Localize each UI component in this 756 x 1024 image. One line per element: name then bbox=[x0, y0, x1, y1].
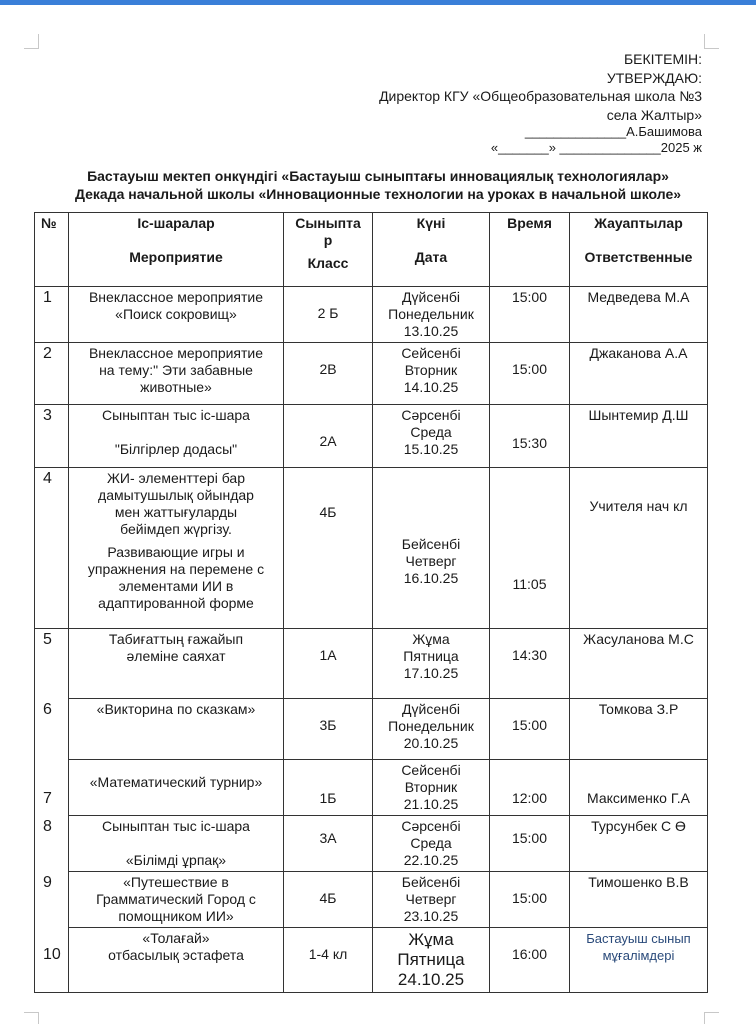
date-line: 17.10.25 bbox=[377, 665, 485, 682]
responsible-line: мұғалімдері bbox=[574, 947, 703, 964]
cell-date: ЖұмаПятница17.10.25 bbox=[373, 629, 490, 699]
cell-num: 8 bbox=[35, 816, 69, 872]
cell-responsible: Томкова З.Р bbox=[570, 699, 708, 760]
cell-time: 15:00 bbox=[490, 816, 570, 872]
cell-time: 15:00 bbox=[490, 343, 570, 405]
date-line: Среда bbox=[377, 424, 485, 441]
event-line: «Викторина по сказкам» bbox=[73, 701, 279, 718]
date-line: 20.10.25 bbox=[377, 735, 485, 752]
header-num: № bbox=[35, 213, 69, 287]
table-row: 10«Толағай»отбасылық эстафета1-4 клЖұмаП… bbox=[35, 928, 708, 993]
cell-date: ДүйсенбіПонедельник13.10.25 bbox=[373, 287, 490, 343]
date-line: Бейсенбі bbox=[377, 874, 485, 891]
top-accent-bar bbox=[0, 0, 756, 5]
cell-event: ЖИ- элементтері бардамытушылық ойындарме… bbox=[69, 468, 284, 629]
title-ru: Декада начальной школы «Инновационные те… bbox=[0, 185, 756, 203]
page-corner-mark bbox=[704, 1012, 719, 1024]
cell-class: 1-4 кл bbox=[284, 928, 373, 993]
event-line: отбасылық эстафета bbox=[73, 947, 279, 964]
date-line: 24.10.25 bbox=[377, 970, 485, 990]
cell-time: 11:05 bbox=[490, 468, 570, 629]
cell-class: 3А bbox=[284, 816, 373, 872]
cell-num: 5 bbox=[35, 629, 69, 699]
cell-num: 9 bbox=[35, 872, 69, 928]
event-line: помощником ИИ» bbox=[73, 908, 279, 925]
cell-class: 2 Б bbox=[284, 287, 373, 343]
cell-class: 4Б bbox=[284, 468, 373, 629]
title-kz: Бастауыш мектеп онкүндігі «Бастауыш сыны… bbox=[0, 167, 756, 185]
date-line: Сейсенбі bbox=[377, 345, 485, 362]
event-line: «Поиск сокровищ» bbox=[73, 306, 279, 323]
approval-date: «_______» ______________2025 ж bbox=[379, 140, 702, 156]
event-line: әлеміне саяхат bbox=[73, 648, 279, 665]
cell-num: 3 bbox=[35, 405, 69, 468]
date-line: 15.10.25 bbox=[377, 441, 485, 458]
cell-event: «Математический турнир» bbox=[69, 760, 284, 816]
event-line: "Білгірлер додасы" bbox=[73, 441, 279, 458]
page-corner-mark bbox=[704, 34, 719, 49]
table-row: 3Сыныптан тыс іс-шара"Білгірлер додасы"2… bbox=[35, 405, 708, 468]
date-line: Жұма bbox=[377, 930, 485, 950]
event-line: на тему:" Эти забавные bbox=[73, 362, 279, 379]
approval-line: села Жалтыр» bbox=[379, 106, 702, 125]
cell-class: 3Б bbox=[284, 699, 373, 760]
cell-class: 4Б bbox=[284, 872, 373, 928]
event-line: Внеклассное мероприятие bbox=[73, 345, 279, 362]
cell-date: СәрсенбіСреда15.10.25 bbox=[373, 405, 490, 468]
date-line: Понедельник bbox=[377, 718, 485, 735]
approval-signature: ______________А.Башимова bbox=[379, 124, 702, 140]
cell-event: Сыныптан тыс іс-шара«Білімді ұрпақ» bbox=[69, 816, 284, 872]
cell-num: 6 bbox=[35, 699, 69, 760]
cell-time: 15:00 bbox=[490, 699, 570, 760]
approval-line: Директор КГУ «Общеобразовательная школа … bbox=[379, 87, 702, 106]
date-line: Понедельник bbox=[377, 306, 485, 323]
date-line: 23.10.25 bbox=[377, 908, 485, 925]
event-line: «Білімді ұрпақ» bbox=[73, 852, 279, 869]
event-line: животные» bbox=[73, 379, 279, 396]
page-corner-mark bbox=[24, 1012, 39, 1024]
header-event: Іс-шаралар Мероприятие bbox=[69, 213, 284, 287]
date-line: Сәрсенбі bbox=[377, 818, 485, 835]
date-line: Сәрсенбі bbox=[377, 407, 485, 424]
event-line: мен жаттығуларды bbox=[73, 504, 279, 521]
cell-date: СейсенбіВторник14.10.25 bbox=[373, 343, 490, 405]
cell-class: 2В bbox=[284, 343, 373, 405]
table-row: 7«Математический турнир»1БСейсенбіВторни… bbox=[35, 760, 708, 816]
cell-date: ДүйсенбіПонедельник20.10.25 bbox=[373, 699, 490, 760]
cell-date: БейсенбіЧетверг23.10.25 bbox=[373, 872, 490, 928]
event-line: Внеклассное мероприятие bbox=[73, 289, 279, 306]
cell-event: Внеклассное мероприятиена тему:" Эти заб… bbox=[69, 343, 284, 405]
cell-time: 16:00 bbox=[490, 928, 570, 993]
approval-line: УТВЕРЖДАЮ: bbox=[379, 69, 702, 88]
approval-line: БЕКІТЕМІН: bbox=[379, 50, 702, 69]
cell-num: 4 bbox=[35, 468, 69, 629]
cell-num: 10 bbox=[35, 928, 69, 993]
cell-class: 1Б bbox=[284, 760, 373, 816]
date-line: Четверг bbox=[377, 891, 485, 908]
event-line: «Толағай» bbox=[73, 930, 279, 947]
cell-event: «Викторина по сказкам» bbox=[69, 699, 284, 760]
cell-event: «Толағай»отбасылық эстафета bbox=[69, 928, 284, 993]
cell-responsible: Тимошенко В.В bbox=[570, 872, 708, 928]
cell-responsible: Турсунбек С Ө bbox=[570, 816, 708, 872]
cell-time: 15:00 bbox=[490, 872, 570, 928]
table-header-row: № Іс-шаралар Мероприятие Сыныпта р Класс… bbox=[35, 213, 708, 287]
date-line: Среда bbox=[377, 835, 485, 852]
date-line: Четверг bbox=[377, 553, 485, 570]
cell-date: СәрсенбіСреда22.10.25 bbox=[373, 816, 490, 872]
event-line: упражнения на перемене с bbox=[73, 561, 279, 578]
table-row: 2Внеклассное мероприятиена тему:" Эти за… bbox=[35, 343, 708, 405]
cell-responsible: Учителя нач кл bbox=[570, 468, 708, 629]
table-row: 6«Викторина по сказкам»3БДүйсенбіПонедел… bbox=[35, 699, 708, 760]
cell-event: «Путешествие вГрамматический Город спомо… bbox=[69, 872, 284, 928]
table-row: 5Табиғаттың ғажайыпәлеміне саяхат1АЖұмаП… bbox=[35, 629, 708, 699]
date-line: 16.10.25 bbox=[377, 570, 485, 587]
cell-num: 7 bbox=[35, 760, 69, 816]
event-line: дамытушылық ойындар bbox=[73, 487, 279, 504]
date-line: Пятница bbox=[377, 648, 485, 665]
cell-time: 14:30 bbox=[490, 629, 570, 699]
cell-date: СейсенбіВторник21.10.25 bbox=[373, 760, 490, 816]
cell-responsible: Максименко Г.А bbox=[570, 760, 708, 816]
date-line: Вторник bbox=[377, 779, 485, 796]
cell-time: 15:00 bbox=[490, 287, 570, 343]
cell-class: 2А bbox=[284, 405, 373, 468]
event-line: «Путешествие в bbox=[73, 874, 279, 891]
page-corner-mark bbox=[24, 34, 39, 49]
date-line: Жұма bbox=[377, 631, 485, 648]
cell-num: 2 bbox=[35, 343, 69, 405]
table-row: 8Сыныптан тыс іс-шара«Білімді ұрпақ»3АСә… bbox=[35, 816, 708, 872]
event-line: Сыныптан тыс іс-шара bbox=[73, 407, 279, 424]
header-responsible: Жауаптылар Ответственные bbox=[570, 213, 708, 287]
cell-time: 12:00 bbox=[490, 760, 570, 816]
table-row: 1Внеклассное мероприятие«Поиск сокровищ»… bbox=[35, 287, 708, 343]
cell-class: 1А bbox=[284, 629, 373, 699]
responsible-line: Бастауыш сынып bbox=[574, 930, 703, 947]
event-line: Грамматический Город с bbox=[73, 891, 279, 908]
cell-date: ЖұмаПятница24.10.25 bbox=[373, 928, 490, 993]
table-row: 4ЖИ- элементтері бардамытушылық ойындарм… bbox=[35, 468, 708, 629]
date-line: Вторник bbox=[377, 362, 485, 379]
event-line: бейімдеп жүргізу. bbox=[73, 521, 279, 538]
cell-responsible: Джаканова А.А bbox=[570, 343, 708, 405]
cell-event: Внеклассное мероприятие«Поиск сокровищ» bbox=[69, 287, 284, 343]
table-row: 9«Путешествие вГрамматический Город спом… bbox=[35, 872, 708, 928]
cell-time: 15:30 bbox=[490, 405, 570, 468]
approval-block: БЕКІТЕМІН: УТВЕРЖДАЮ: Директор КГУ «Обще… bbox=[379, 50, 702, 156]
events-table: № Іс-шаралар Мероприятие Сыныпта р Класс… bbox=[34, 212, 708, 993]
date-line: 22.10.25 bbox=[377, 852, 485, 869]
event-line: Сыныптан тыс іс-шара bbox=[73, 818, 279, 835]
date-line: 13.10.25 bbox=[377, 323, 485, 340]
cell-responsible: Медведева М.А bbox=[570, 287, 708, 343]
document-title: Бастауыш мектеп онкүндігі «Бастауыш сыны… bbox=[0, 167, 756, 203]
cell-event: Сыныптан тыс іс-шара"Білгірлер додасы" bbox=[69, 405, 284, 468]
header-time: Время bbox=[490, 213, 570, 287]
date-line: 14.10.25 bbox=[377, 379, 485, 396]
event-line: Развивающие игры и bbox=[73, 544, 279, 561]
cell-responsible: Шынтемир Д.Ш bbox=[570, 405, 708, 468]
event-line: Табиғаттың ғажайып bbox=[73, 631, 279, 648]
event-line: адаптированной форме bbox=[73, 595, 279, 612]
cell-responsible: Жасуланова М.С bbox=[570, 629, 708, 699]
cell-num: 1 bbox=[35, 287, 69, 343]
header-class: Сыныпта р Класс bbox=[284, 213, 373, 287]
header-date: Күні Дата bbox=[373, 213, 490, 287]
date-line: 21.10.25 bbox=[377, 796, 485, 813]
date-line: Бейсенбі bbox=[377, 536, 485, 553]
event-line: «Математический турнир» bbox=[73, 774, 279, 791]
cell-date: БейсенбіЧетверг16.10.25 bbox=[373, 468, 490, 629]
cell-responsible: Бастауыш сыныпмұғалімдері bbox=[570, 928, 708, 993]
date-line: Пятница bbox=[377, 950, 485, 970]
date-line: Дүйсенбі bbox=[377, 289, 485, 306]
date-line: Сейсенбі bbox=[377, 762, 485, 779]
cell-event: Табиғаттың ғажайыпәлеміне саяхат bbox=[69, 629, 284, 699]
date-line: Дүйсенбі bbox=[377, 701, 485, 718]
event-line: ЖИ- элементтері бар bbox=[73, 470, 279, 487]
event-line: элементами ИИ в bbox=[73, 578, 279, 595]
